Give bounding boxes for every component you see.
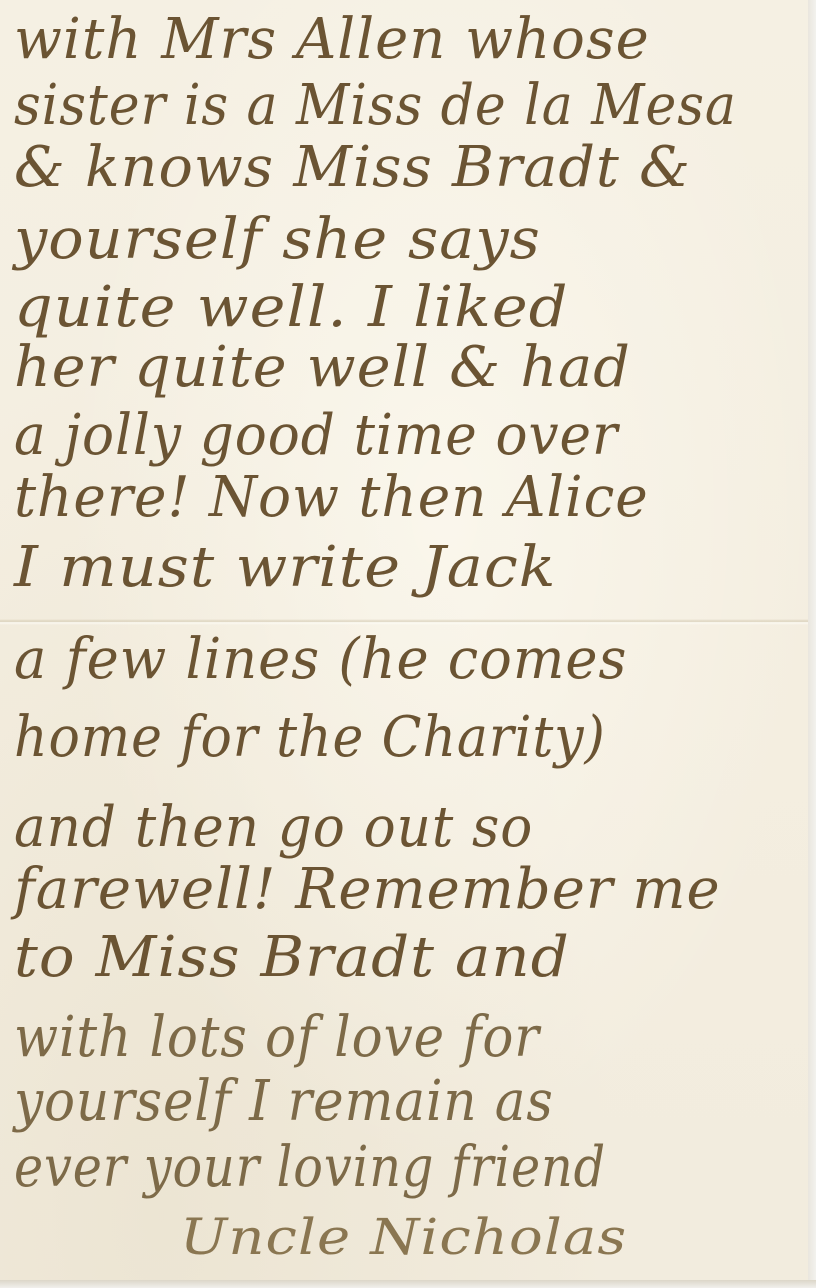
letter-line-2: sister is a Miss de la Mesa [14, 78, 737, 134]
letter-line-7: a jolly good time over [14, 408, 618, 464]
letter-page: with Mrs Allen whose sister is a Miss de… [0, 0, 808, 1280]
letter-line-13: farewell! Remember me [14, 862, 721, 918]
letter-line-17: ever your loving friend [14, 1140, 606, 1196]
letter-line-1: with Mrs Allen whose [14, 12, 650, 68]
letter-line-5: quite well. I liked [14, 280, 569, 336]
letter-line-15: with lots of love for [14, 1010, 540, 1066]
letter-line-14: to Miss Bradt and [14, 930, 570, 986]
scan-edge-right [808, 0, 816, 1288]
letter-line-12: and then go out so [14, 800, 533, 856]
letter-line-6: her quite well & had [14, 340, 631, 396]
signature: Uncle Nicholas [180, 1212, 627, 1262]
letter-body: with Mrs Allen whose sister is a Miss de… [0, 0, 808, 1280]
letter-line-10: a few lines (he comes [14, 632, 627, 688]
letter-line-11: home for the Charity) [14, 710, 606, 766]
letter-line-4: yourself she says [14, 212, 541, 268]
letter-line-16: yourself I remain as [14, 1074, 554, 1130]
letter-line-3: & knows Miss Bradt & [14, 140, 691, 196]
scan-edge-bottom [0, 1280, 816, 1288]
letter-line-9: I must write Jack [14, 540, 557, 596]
letter-line-8: there! Now then Alice [14, 470, 649, 526]
